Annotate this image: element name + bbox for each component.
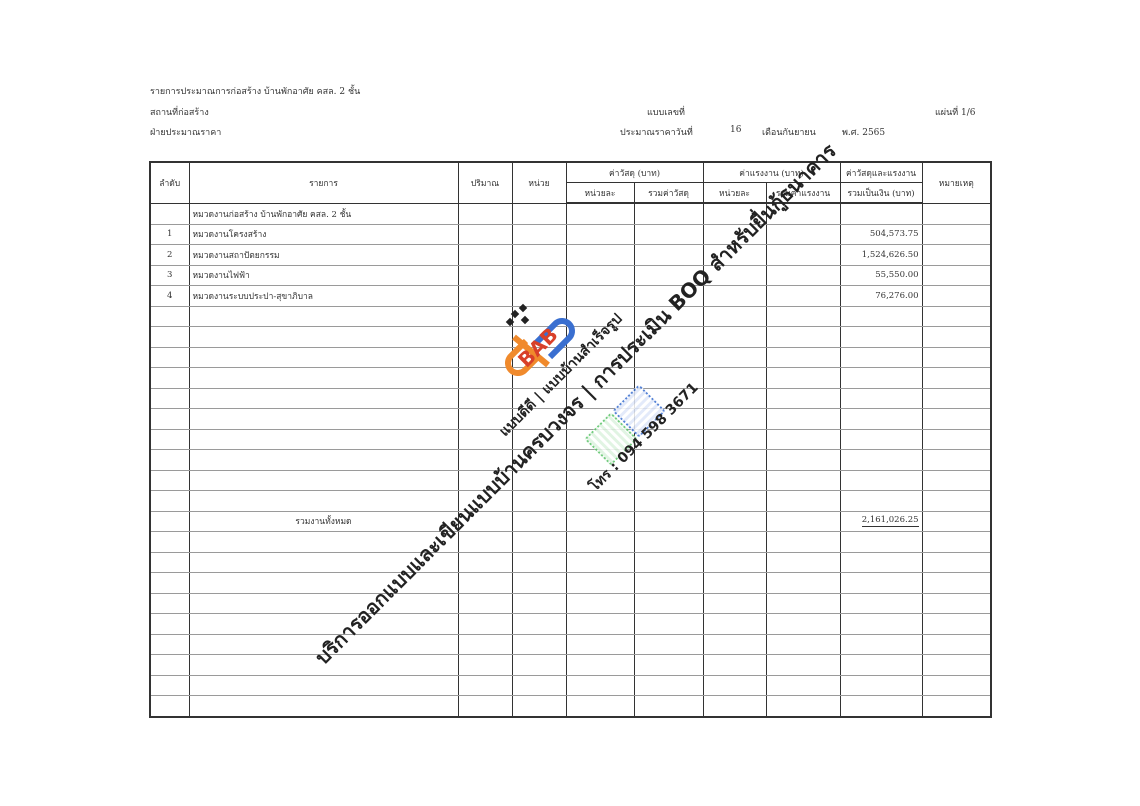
cell-labor-total xyxy=(766,450,840,471)
cell-item xyxy=(189,614,458,635)
cell-labor-unit-price xyxy=(703,696,766,717)
cell-no xyxy=(150,593,189,614)
cell-material-unit-price xyxy=(566,245,634,266)
cell-material-total xyxy=(634,614,703,635)
cell-remarks xyxy=(922,306,991,327)
cell-quantity xyxy=(458,696,512,717)
cell-no: 3 xyxy=(150,265,189,286)
cell-remarks xyxy=(922,491,991,512)
cell-grand-total xyxy=(840,552,922,573)
cell-remarks xyxy=(922,552,991,573)
cell-material-total xyxy=(634,265,703,286)
cell-item xyxy=(189,655,458,676)
cell-grand-total: 55,550.00 xyxy=(840,265,922,286)
cell-grand-total xyxy=(840,203,922,224)
cell-no xyxy=(150,614,189,635)
cell-labor-total xyxy=(766,573,840,594)
cell-grand-total xyxy=(840,368,922,389)
cell-material-unit-price xyxy=(566,265,634,286)
cell-remarks xyxy=(922,368,991,389)
summary-total: 2,161,026.25 xyxy=(862,515,919,527)
cell-quantity xyxy=(458,532,512,553)
cell-quantity xyxy=(458,265,512,286)
cell-material-total xyxy=(634,634,703,655)
cell-unit xyxy=(512,265,566,286)
cell-material-total xyxy=(634,203,703,224)
header-material-group: ค่าวัสดุ (บาท) xyxy=(566,162,703,183)
cell-labor-total xyxy=(766,347,840,368)
cell-remarks xyxy=(922,429,991,450)
cell-labor-total xyxy=(766,286,840,307)
cell-labor-unit-price xyxy=(703,511,766,532)
cell-item xyxy=(189,347,458,368)
cell-item xyxy=(189,552,458,573)
cell-grand-total: 76,276.00 xyxy=(840,286,922,307)
cell-quantity xyxy=(458,470,512,491)
cell-grand-total xyxy=(840,614,922,635)
cell-labor-unit-price xyxy=(703,532,766,553)
cell-labor-total xyxy=(766,614,840,635)
table-row: 3หมวดงานไฟฟ้า55,550.00 xyxy=(150,265,991,286)
cell-labor-unit-price xyxy=(703,203,766,224)
cell-labor-total xyxy=(766,203,840,224)
cell-labor-unit-price xyxy=(703,245,766,266)
cell-no xyxy=(150,696,189,717)
cell-unit xyxy=(512,224,566,245)
cell-remarks xyxy=(922,470,991,491)
table-row xyxy=(150,532,991,553)
cell-quantity xyxy=(458,245,512,266)
cell-material-unit-price xyxy=(566,675,634,696)
header-remarks: หมายเหตุ xyxy=(922,162,991,203)
cell-item: หมวดงานระบบประปา-สุขาภิบาล xyxy=(189,286,458,307)
cell-labor-total xyxy=(766,306,840,327)
cell-remarks xyxy=(922,286,991,307)
table-row: 1หมวดงานโครงสร้าง504,573.75 xyxy=(150,224,991,245)
cell-grand-total xyxy=(840,409,922,430)
cell-no xyxy=(150,306,189,327)
cell-grand-total xyxy=(840,696,922,717)
document-title: รายการประมาณการก่อสร้าง บ้านพักอาศัย คสล… xyxy=(150,84,360,98)
cell-item xyxy=(189,593,458,614)
header-material-unit-price: หน่วยละ xyxy=(566,183,634,204)
cell-quantity xyxy=(458,675,512,696)
cell-material-unit-price xyxy=(566,224,634,245)
cell-labor-unit-price xyxy=(703,347,766,368)
cell-labor-unit-price xyxy=(703,368,766,389)
cell-grand-total xyxy=(840,655,922,676)
cell-item xyxy=(189,450,458,471)
cell-unit xyxy=(512,450,566,471)
cell-labor-unit-price xyxy=(703,327,766,348)
header-total-group: ค่าวัสดุและแรงงาน xyxy=(840,162,922,183)
cell-unit xyxy=(512,203,566,224)
table-row: 2หมวดงานสถาปัตยกรรม1,524,626.50 xyxy=(150,245,991,266)
cell-no xyxy=(150,491,189,512)
cell-labor-total xyxy=(766,675,840,696)
cell-labor-total xyxy=(766,593,840,614)
cell-quantity xyxy=(458,429,512,450)
cell-item: หมวดงานไฟฟ้า xyxy=(189,265,458,286)
cell-remarks xyxy=(922,265,991,286)
cell-grand-total xyxy=(840,532,922,553)
cell-material-unit-price xyxy=(566,696,634,717)
cell-labor-total xyxy=(766,265,840,286)
cell-labor-total xyxy=(766,409,840,430)
cell-labor-total xyxy=(766,491,840,512)
cell-no: 4 xyxy=(150,286,189,307)
cell-unit xyxy=(512,655,566,676)
table-row xyxy=(150,696,991,717)
cell-item xyxy=(189,532,458,553)
cell-material-total xyxy=(634,224,703,245)
cell-material-total xyxy=(634,368,703,389)
cell-unit xyxy=(512,696,566,717)
cell-labor-unit-price xyxy=(703,470,766,491)
header-material-total: รวมค่าวัสดุ xyxy=(634,183,703,204)
table-row xyxy=(150,409,991,430)
header-labor-group: ค่าแรงงาน (บาท) xyxy=(703,162,840,183)
cell-unit xyxy=(512,573,566,594)
table-row xyxy=(150,634,991,655)
cell-quantity xyxy=(458,593,512,614)
cell-no xyxy=(150,327,189,348)
cell-item xyxy=(189,634,458,655)
cell-labor-total xyxy=(766,470,840,491)
cell-labor-total xyxy=(766,368,840,389)
cell-material-unit-price xyxy=(566,614,634,635)
cell-remarks xyxy=(922,450,991,471)
cell-labor-total xyxy=(766,245,840,266)
table-row xyxy=(150,429,991,450)
cell-labor-total xyxy=(766,634,840,655)
cell-grand-total: 1,524,626.50 xyxy=(840,245,922,266)
cell-remarks xyxy=(922,224,991,245)
cell-item: หมวดงานโครงสร้าง xyxy=(189,224,458,245)
cell-remarks xyxy=(922,614,991,635)
cell-quantity xyxy=(458,491,512,512)
cell-grand-total: 2,161,026.25 xyxy=(840,511,922,532)
cell-quantity xyxy=(458,224,512,245)
table-row xyxy=(150,552,991,573)
cell-material-unit-price xyxy=(566,470,634,491)
header-grand-total: รวมเป็นเงิน (บาท) xyxy=(840,183,922,204)
cell-material-unit-price xyxy=(566,573,634,594)
cell-item xyxy=(189,409,458,430)
cell-remarks xyxy=(922,245,991,266)
cell-item xyxy=(189,491,458,512)
cell-no xyxy=(150,532,189,553)
cell-remarks xyxy=(922,655,991,676)
cell-material-unit-price xyxy=(566,491,634,512)
cell-no xyxy=(150,675,189,696)
cell-no xyxy=(150,388,189,409)
estimate-date-label: ประมาณราคาวันที่ xyxy=(620,125,693,139)
table-row: รวมงานทั้งหมด2,161,026.25 xyxy=(150,511,991,532)
cell-quantity xyxy=(458,552,512,573)
cell-grand-total xyxy=(840,470,922,491)
cell-unit xyxy=(512,409,566,430)
cell-no xyxy=(150,511,189,532)
cell-item xyxy=(189,388,458,409)
cell-unit xyxy=(512,470,566,491)
cell-remarks xyxy=(922,203,991,224)
cell-no xyxy=(150,347,189,368)
cell-quantity xyxy=(458,511,512,532)
cell-unit xyxy=(512,491,566,512)
cell-item xyxy=(189,368,458,389)
cell-item xyxy=(189,429,458,450)
cell-grand-total xyxy=(840,491,922,512)
cell-item xyxy=(189,573,458,594)
cell-labor-total xyxy=(766,388,840,409)
cell-material-total xyxy=(634,286,703,307)
cell-grand-total xyxy=(840,347,922,368)
cell-material-total xyxy=(634,696,703,717)
cell-grand-total xyxy=(840,306,922,327)
cell-unit xyxy=(512,429,566,450)
cell-remarks xyxy=(922,573,991,594)
cell-remarks xyxy=(922,593,991,614)
header-unit: หน่วย xyxy=(512,162,566,203)
cell-quantity xyxy=(458,203,512,224)
cell-quantity xyxy=(458,655,512,676)
header-labor-unit-price: หน่วยละ xyxy=(703,183,766,204)
cell-material-total xyxy=(634,593,703,614)
table-row xyxy=(150,675,991,696)
cell-remarks xyxy=(922,532,991,553)
cell-item: รวมงานทั้งหมด xyxy=(189,511,458,532)
cell-remarks xyxy=(922,327,991,348)
cell-material-total xyxy=(634,347,703,368)
cell-material-total xyxy=(634,306,703,327)
cell-material-unit-price xyxy=(566,511,634,532)
cell-labor-total xyxy=(766,511,840,532)
cell-no xyxy=(150,573,189,594)
cell-remarks xyxy=(922,675,991,696)
cell-material-unit-price xyxy=(566,532,634,553)
bab-logo-icon xyxy=(502,303,592,393)
cell-remarks xyxy=(922,347,991,368)
cell-material-total xyxy=(634,552,703,573)
cell-no xyxy=(150,552,189,573)
cell-remarks xyxy=(922,696,991,717)
cell-no xyxy=(150,634,189,655)
cell-material-total xyxy=(634,470,703,491)
cell-labor-total xyxy=(766,552,840,573)
cell-grand-total xyxy=(840,450,922,471)
cell-quantity xyxy=(458,634,512,655)
cell-labor-unit-price xyxy=(703,265,766,286)
cell-no xyxy=(150,203,189,224)
header-quantity: ปริมาณ xyxy=(458,162,512,203)
cell-item: หมวดงานก่อสร้าง บ้านพักอาศัย คสล. 2 ชั้น xyxy=(189,203,458,224)
cell-material-unit-price xyxy=(566,593,634,614)
cell-material-total xyxy=(634,532,703,553)
cell-grand-total xyxy=(840,593,922,614)
estimate-month: เดือนกันยายน xyxy=(762,125,816,139)
cell-unit xyxy=(512,634,566,655)
cell-labor-unit-price xyxy=(703,593,766,614)
cell-remarks xyxy=(922,511,991,532)
cell-material-unit-price xyxy=(566,655,634,676)
cell-quantity xyxy=(458,573,512,594)
cell-labor-unit-price xyxy=(703,429,766,450)
boq-table: ลำดับ รายการ ปริมาณ หน่วย ค่าวัสดุ (บาท)… xyxy=(149,161,992,718)
cell-labor-unit-price xyxy=(703,409,766,430)
cell-material-total xyxy=(634,675,703,696)
cell-labor-unit-price xyxy=(703,573,766,594)
cell-material-unit-price xyxy=(566,552,634,573)
cell-no xyxy=(150,429,189,450)
cell-remarks xyxy=(922,388,991,409)
cell-grand-total: 504,573.75 xyxy=(840,224,922,245)
cell-item xyxy=(189,675,458,696)
cell-item: หมวดงานสถาปัตยกรรม xyxy=(189,245,458,266)
cell-item xyxy=(189,327,458,348)
cell-unit xyxy=(512,511,566,532)
cell-material-total xyxy=(634,573,703,594)
cell-unit xyxy=(512,675,566,696)
cell-quantity xyxy=(458,614,512,635)
estimator-label: ฝ่ายประมาณราคา xyxy=(150,125,221,139)
cell-labor-total xyxy=(766,696,840,717)
cell-labor-unit-price xyxy=(703,634,766,655)
header-no: ลำดับ xyxy=(150,162,189,203)
sheet-number: แผ่นที่ 1/6 xyxy=(935,105,976,119)
cell-unit xyxy=(512,614,566,635)
cell-grand-total xyxy=(840,429,922,450)
table-row xyxy=(150,573,991,594)
cell-grand-total xyxy=(840,327,922,348)
cell-quantity xyxy=(458,450,512,471)
header-labor-total: รวมค่าแรงงาน xyxy=(766,183,840,204)
table-row xyxy=(150,450,991,471)
cell-labor-unit-price xyxy=(703,286,766,307)
cell-no xyxy=(150,409,189,430)
cell-quantity xyxy=(458,409,512,430)
cell-material-total xyxy=(634,450,703,471)
cell-labor-total xyxy=(766,429,840,450)
cell-labor-unit-price xyxy=(703,675,766,696)
estimate-day: 16 xyxy=(730,125,741,135)
cell-grand-total xyxy=(840,675,922,696)
cell-labor-unit-price xyxy=(703,450,766,471)
table-row xyxy=(150,593,991,614)
cell-material-total xyxy=(634,511,703,532)
site-label: สถานที่ก่อสร้าง xyxy=(150,105,209,119)
cell-no xyxy=(150,470,189,491)
cell-unit xyxy=(512,593,566,614)
cell-labor-unit-price xyxy=(703,491,766,512)
cell-unit xyxy=(512,532,566,553)
cell-no xyxy=(150,655,189,676)
cell-labor-unit-price xyxy=(703,614,766,635)
cell-no: 2 xyxy=(150,245,189,266)
cell-no xyxy=(150,450,189,471)
cell-grand-total xyxy=(840,573,922,594)
cell-material-unit-price xyxy=(566,634,634,655)
cell-material-total xyxy=(634,245,703,266)
cell-labor-unit-price xyxy=(703,552,766,573)
cell-labor-total xyxy=(766,224,840,245)
cell-material-total xyxy=(634,655,703,676)
cell-item xyxy=(189,696,458,717)
cell-material-unit-price xyxy=(566,203,634,224)
header-item: รายการ xyxy=(189,162,458,203)
cell-no xyxy=(150,368,189,389)
cell-labor-total xyxy=(766,327,840,348)
cell-remarks xyxy=(922,409,991,430)
table-row xyxy=(150,655,991,676)
cell-labor-unit-price xyxy=(703,388,766,409)
cell-grand-total xyxy=(840,634,922,655)
cell-material-total xyxy=(634,491,703,512)
cell-remarks xyxy=(922,634,991,655)
cell-item xyxy=(189,306,458,327)
estimate-year: พ.ศ. 2565 xyxy=(842,125,885,139)
cell-labor-unit-price xyxy=(703,224,766,245)
plan-number-label: แบบเลขที่ xyxy=(647,105,685,119)
table-row xyxy=(150,614,991,635)
cell-labor-total xyxy=(766,532,840,553)
cell-labor-unit-price xyxy=(703,655,766,676)
cell-grand-total xyxy=(840,388,922,409)
cell-no: 1 xyxy=(150,224,189,245)
cell-unit xyxy=(512,245,566,266)
table-row xyxy=(150,491,991,512)
cell-item xyxy=(189,470,458,491)
cell-labor-unit-price xyxy=(703,306,766,327)
table-row xyxy=(150,470,991,491)
cell-labor-total xyxy=(766,655,840,676)
cell-unit xyxy=(512,552,566,573)
table-row: หมวดงานก่อสร้าง บ้านพักอาศัย คสล. 2 ชั้น xyxy=(150,203,991,224)
cell-material-total xyxy=(634,327,703,348)
